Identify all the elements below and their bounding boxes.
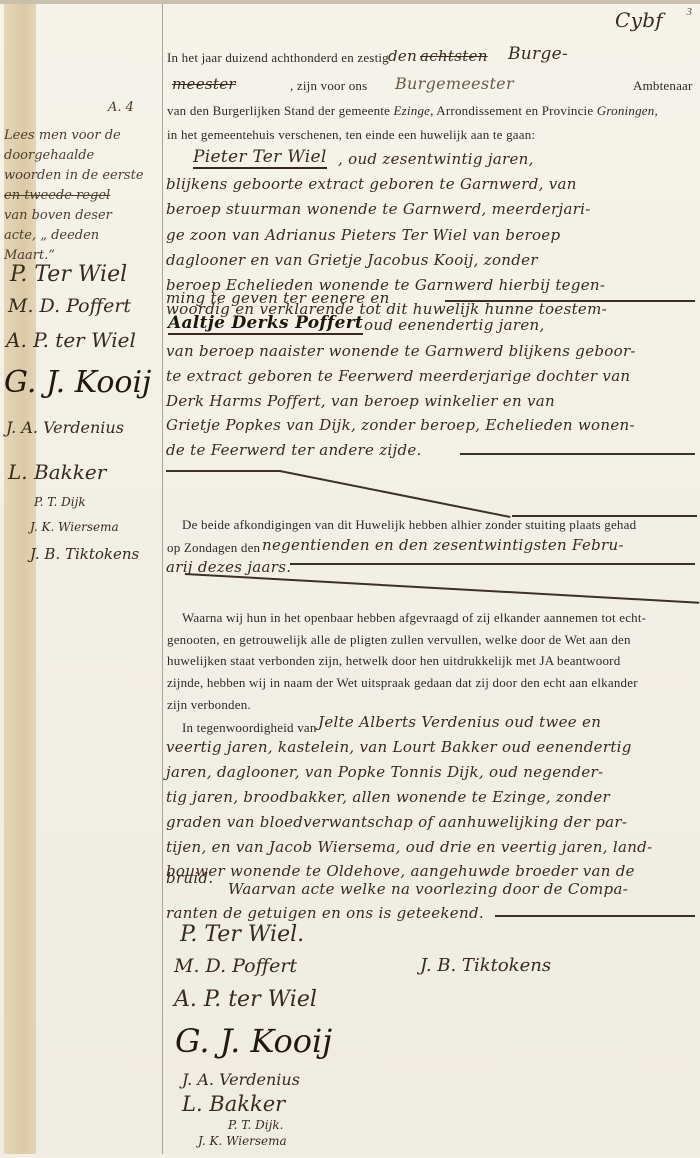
fill-line [445,300,695,302]
gemeente-line: van den Burgerlijken Stand der gemeente … [167,103,658,119]
bride-name: Aaltje Derks Poffert [168,313,363,335]
fill-line [495,915,695,917]
fill-line [460,453,695,455]
margin-number: A. 4 [108,100,134,115]
groom-name: Pieter Ter Wiel [193,147,327,169]
margin-rule [162,4,163,1154]
top-initials: Cybf [615,8,663,32]
closing-rule [166,470,280,472]
fill-line [290,563,695,565]
page-number: 3 [687,6,693,18]
official-signature: J. B. Tiktokens [420,955,551,976]
